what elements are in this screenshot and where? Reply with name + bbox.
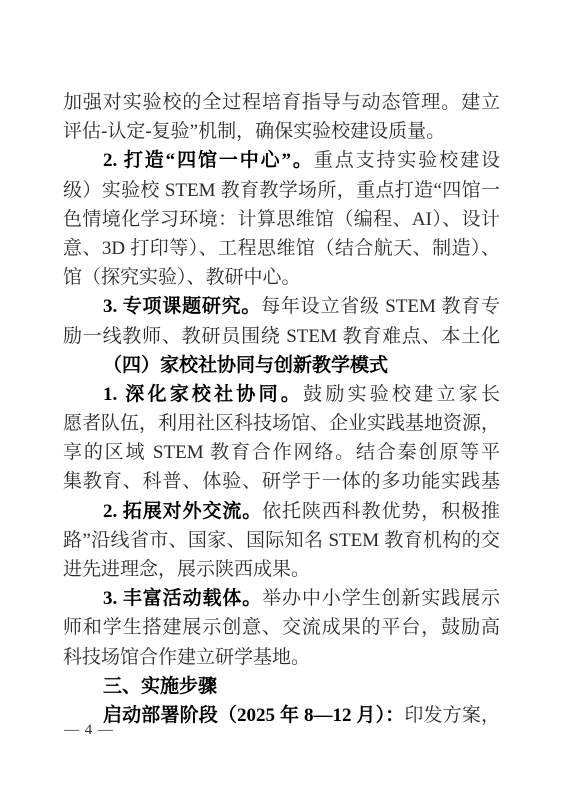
document-page: { "colors": { "background": "#ffffff", "… (0, 0, 561, 791)
text-run: 级）实验校 STEM 教育教学场所，重点打造“四馆一中心”特 (63, 180, 500, 205)
text-run: 进先进理念，展示陕西成果。 (63, 559, 310, 580)
bold-text-run: 三、实施步骤 (103, 676, 217, 697)
text-run: 励一线教师、教研员围绕 STEM 教育难点、本土化实践开展研究。 (63, 326, 500, 351)
text-line: 意、3D 打印等）、工程思维馆（结合航天、制造）、科学思维 (63, 234, 500, 263)
para-deepen-collaboration-line: 1. 深化家校社协同。鼓励实验校建立家长 STEM 社团或志 (63, 380, 500, 409)
text-line: 集教育、科普、体验、研学于一体的多功能实践基地。 (63, 467, 500, 496)
text-line: 馆（探究实验）、教研中心。 (63, 263, 500, 292)
text-line: 加强对实验校的全过程培育指导与动态管理。建立“申报-培育- (63, 88, 500, 117)
text-run: 加强对实验校的全过程培育指导与动态管理。建立“申报-培育- (63, 92, 500, 117)
text-line: 享的区域 STEM 教育合作网络。结合秦创原等平台，建设一批 (63, 438, 500, 467)
heading-family-school-community: （四）家校社协同与创新教学模式 (63, 351, 500, 380)
text-run: 愿者队伍，利用社区科技场馆、企业实践基地资源，构建开放共 (63, 413, 500, 438)
text-line: 愿者队伍，利用社区科技场馆、企业实践基地资源，构建开放共 (63, 409, 500, 438)
text-run: 科技场馆合作建立研学基地。 (63, 647, 310, 668)
bold-text-run: 启动部署阶段（2025 年 8—12 月）： (103, 705, 404, 726)
bold-text-run: （四）家校社协同与创新教学模式 (103, 355, 388, 376)
page-number: — 4 — (64, 721, 114, 739)
para-research-topics-line: 3. 专项课题研究。每年设立省级 STEM 教育专项课题，鼓 (63, 292, 500, 321)
bold-text-run: 2. 打造“四馆一中心”。 (103, 150, 314, 171)
text-run: 意、3D 打印等）、工程思维馆（结合航天、制造）、科学思维 (63, 238, 500, 263)
text-run: 师和学生搭建展示创意、交流成果的平台，鼓励高校、高新企业、 (63, 617, 500, 642)
page-canvas: 加强对实验校的全过程培育指导与动态管理。建立“申报-培育-评估-认定-复验”机制… (0, 0, 561, 791)
para-launch-phase-line: 启动部署阶段（2025 年 8—12 月）：印发方案，召开全省 (63, 701, 500, 730)
text-line: 励一线教师、教研员围绕 STEM 教育难点、本土化实践开展研究。 (63, 322, 500, 351)
text-line: 路”沿线省市、国家、国际知名 STEM 教育机构的交流合作，引 (63, 526, 500, 555)
text-run: 色情境化学习环境：计算思维馆（编程、AI）、设计思维馆（创 (63, 209, 500, 234)
bold-text-run: 2. 拓展对外交流。 (103, 501, 262, 522)
text-run: 馆（探究实验）、教研中心。 (63, 267, 301, 288)
document-body: 加强对实验校的全过程培育指导与动态管理。建立“申报-培育-评估-认定-复验”机制… (63, 88, 500, 730)
text-run: 路”沿线省市、国家、国际知名 STEM 教育机构的交流合作，引 (63, 530, 500, 555)
text-line: 级）实验校 STEM 教育教学场所，重点打造“四馆一中心”特 (63, 176, 500, 205)
para-activity-carriers-line: 3. 丰富活动载体。举办中小学生创新实践展示活动，为教 (63, 584, 500, 613)
text-run: 集教育、科普、体验、研学于一体的多功能实践基地。 (63, 471, 500, 496)
text-line: 色情境化学习环境：计算思维馆（编程、AI）、设计思维馆（创 (63, 205, 500, 234)
bold-text-run: 3. 专项课题研究。 (103, 296, 261, 317)
bold-text-run: 3. 丰富活动载体。 (103, 588, 262, 609)
text-run: 享的区域 STEM 教育合作网络。结合秦创原等平台，建设一批 (63, 442, 500, 467)
text-line: 进先进理念，展示陕西成果。 (63, 555, 500, 584)
heading-implementation-steps: 三、实施步骤 (63, 672, 500, 701)
text-line: 科技场馆合作建立研学基地。 (63, 643, 500, 672)
para-four-halls-line: 2. 打造“四馆一中心”。重点支持实验校建设（或改造升 (63, 146, 500, 175)
text-line: 师和学生搭建展示创意、交流成果的平台，鼓励高校、高新企业、 (63, 613, 500, 642)
para-external-exchange-line: 2. 拓展对外交流。依托陕西科教优势，积极推动与“一带一 (63, 497, 500, 526)
bold-text-run: 1. 深化家校社协同。 (103, 384, 303, 405)
text-line: 评估-认定-复验”机制，确保实验校建设质量。 (63, 117, 500, 146)
text-run: 评估-认定-复验”机制，确保实验校建设质量。 (63, 121, 445, 142)
